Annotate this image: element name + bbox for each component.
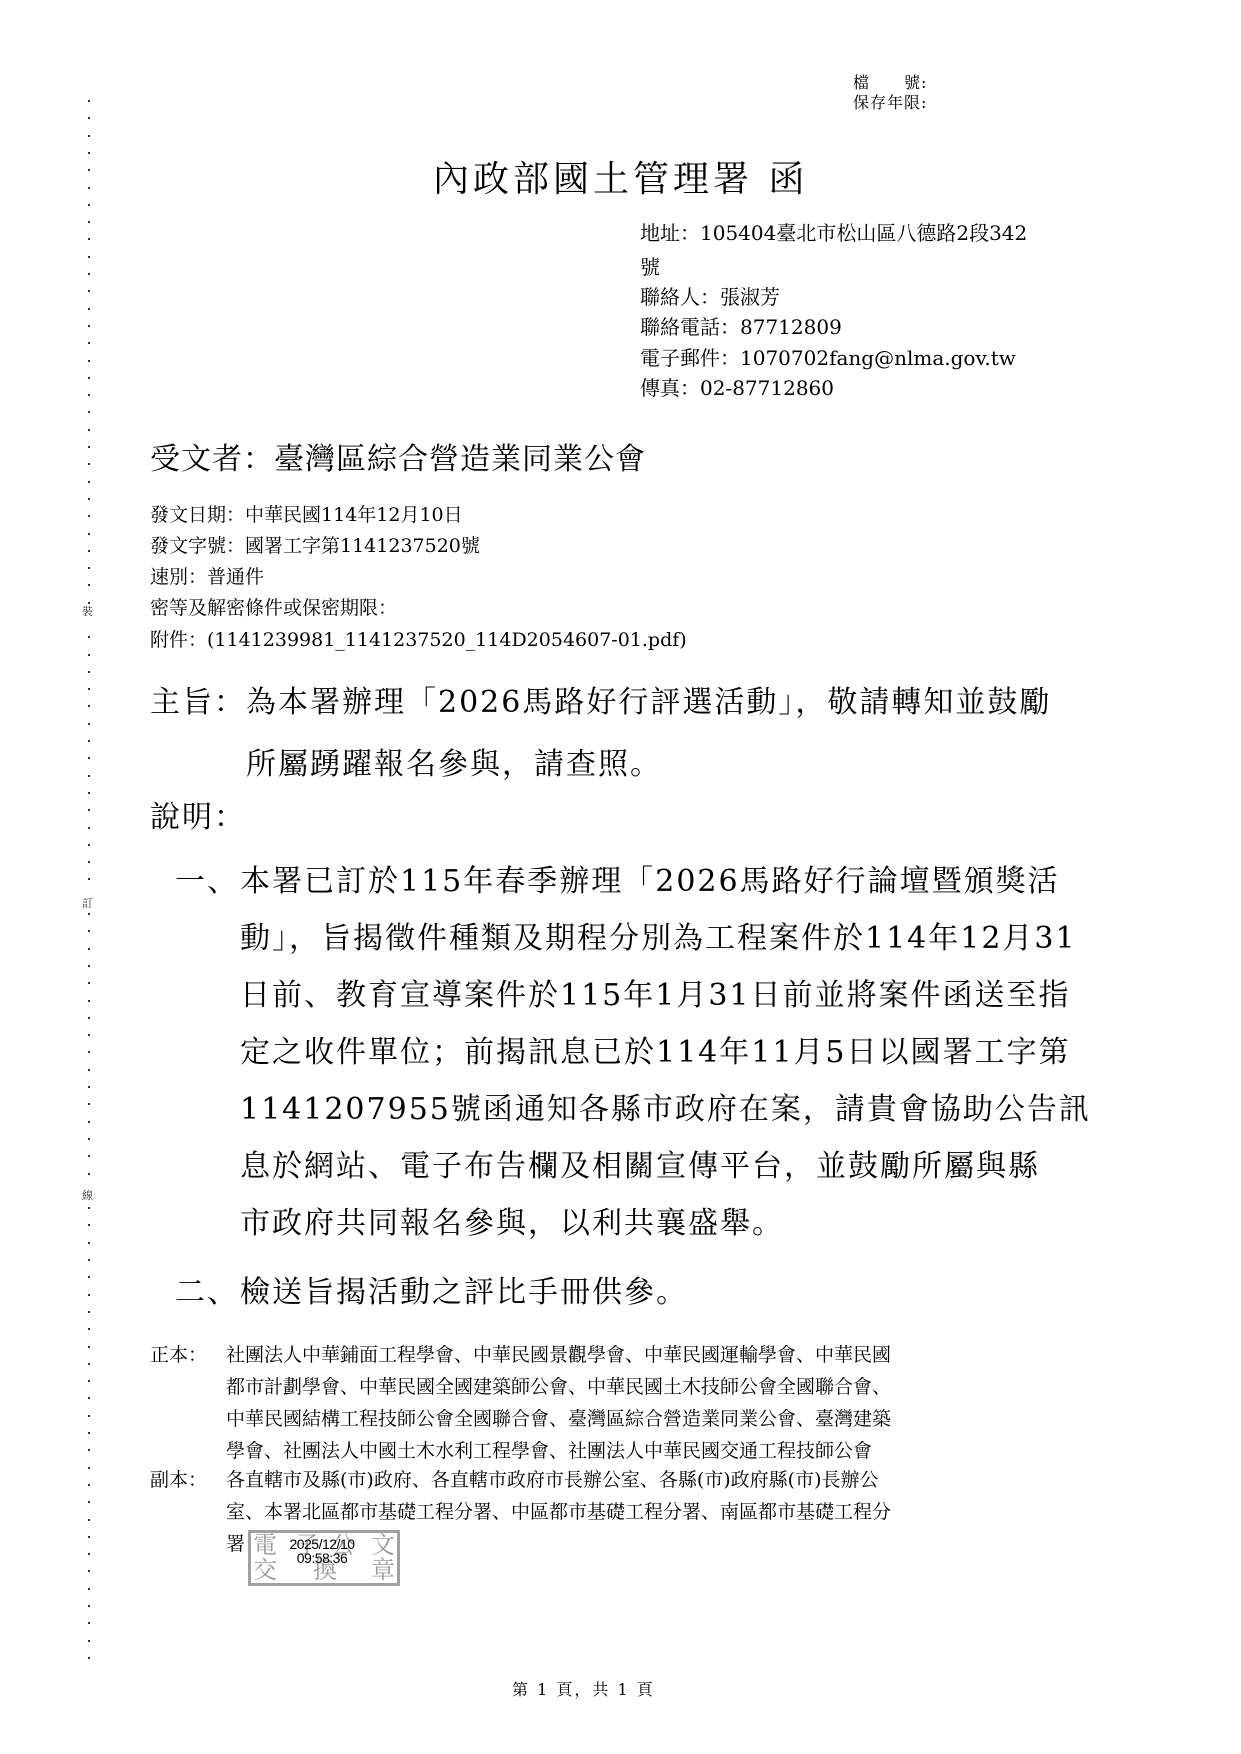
binding-dot: [88, 256, 90, 258]
binding-dot: [88, 238, 90, 240]
copy-recipients-line: 署: [226, 1532, 245, 1556]
binding-dot: [88, 1501, 90, 1503]
binding-dot: [88, 550, 90, 552]
binding-dot: [88, 1328, 90, 1330]
classification: 密等及解密條件或保密期限：: [150, 596, 397, 620]
binding-dot: [88, 100, 90, 102]
issue-date: 發文日期：中華民國114年12月10日: [150, 503, 463, 527]
binding-dot: [88, 221, 90, 223]
binding-dot: [88, 1207, 90, 1209]
stamp-char: 文: [371, 1533, 395, 1557]
urgency: 速別：普通件: [150, 565, 264, 589]
stamp-char: 章: [371, 1558, 395, 1582]
binding-dot: [88, 1570, 90, 1572]
binding-dot: [88, 1605, 90, 1607]
binding-dot: [88, 1432, 90, 1434]
binding-dot: [88, 1242, 90, 1244]
stamp-time: 09:58:36: [277, 1551, 367, 1565]
binding-dot: [88, 930, 90, 932]
binding-dot: [88, 1017, 90, 1019]
binding-dot: [88, 481, 90, 483]
binding-dot: [88, 308, 90, 310]
original-recipients-line: 中華民國結構工程技師公會全國聯合會、臺灣區綜合營造業同業公會、臺灣建築: [226, 1407, 891, 1431]
binding-dot: [88, 965, 90, 967]
binding-dot: [88, 723, 90, 725]
subject-line-1: 為本署辦理「2026馬路好行評選活動」，敬請轉知並鼓勵: [246, 685, 1051, 721]
binding-dot: [88, 1034, 90, 1036]
stamp-char: 電: [253, 1533, 277, 1557]
binding-dot: [88, 567, 90, 569]
binding-dot: [88, 290, 90, 292]
binding-mark-ding: 訂: [82, 898, 93, 910]
binding-dot: [88, 429, 90, 431]
binding-dot: [88, 1363, 90, 1365]
binding-dot: [88, 602, 90, 604]
item-2-line: 檢送旨揭活動之評比手冊供參。: [240, 1275, 688, 1311]
binding-dot: [88, 1519, 90, 1521]
copy-recipients-line: 室、本署北區都市基礎工程分署、中區都市基礎工程分署、南區都市基礎工程分: [226, 1500, 891, 1524]
binding-dot: [88, 117, 90, 119]
binding-dot: [88, 1484, 90, 1486]
binding-dot: [88, 1415, 90, 1417]
contact-fax: 傳真：02-87712860: [640, 376, 834, 400]
binding-dot: [88, 360, 90, 362]
binding-dot: [88, 705, 90, 707]
binding-dot: [88, 1121, 90, 1123]
binding-mark-xian: 線: [82, 1190, 93, 1202]
item-1-line: 本署已訂於115年春季辦理「2026馬路好行論壇暨頒獎活: [240, 864, 1060, 900]
binding-dot: [88, 792, 90, 794]
explanation-label: 說明：: [150, 800, 246, 836]
item-1-marker: 一、: [175, 864, 239, 900]
document-title: 內政部國土管理署 函: [433, 160, 808, 200]
binding-dot: [88, 861, 90, 863]
stamp-char: 交: [253, 1558, 277, 1582]
original-recipients-line: 都市計劃學會、中華民國全國建築師公會、中華民國土木技師公會全國聯合會、: [226, 1375, 891, 1399]
item-1-line: 息於網站、電子布告欄及相關宣傳平台，並鼓勵所屬與縣: [240, 1149, 1040, 1185]
binding-dot: [88, 515, 90, 517]
attachment-link[interactable]: 附件：(1141239981_1141237520_114D2054607-01…: [150, 628, 687, 652]
binding-dot: [88, 948, 90, 950]
binding-dot: [88, 1103, 90, 1105]
binding-dot: [88, 1069, 90, 1071]
binding-dot: [88, 446, 90, 448]
binding-dot: [88, 688, 90, 690]
contact-phone: 聯絡電話：87712809: [640, 315, 842, 339]
copy-recipients-line: 各直轄市及縣(市)政府、各直轄市政府市長辦公室、各縣(市)政府縣(市)長辦公: [226, 1468, 878, 1492]
stamp-datetime: 2025/12/10 09:58:36: [277, 1537, 367, 1565]
item-1-line: 市政府共同報名參與，以利共襄盛舉。: [240, 1206, 784, 1242]
binding-dot: [88, 152, 90, 154]
binding-mark-zhuang: 裝: [82, 606, 93, 618]
subject-label: 主旨：: [150, 685, 246, 721]
binding-dot: [88, 913, 90, 915]
electronic-exchange-stamp: 電 子 公 文 交 換 章 2025/12/10 09:58:36: [248, 1530, 400, 1586]
binding-dot: [88, 498, 90, 500]
address-line-1: 地址：105404臺北市松山區八德路2段342: [640, 221, 1027, 245]
binding-dot: [88, 1346, 90, 1348]
stamp-date: 2025/12/10: [277, 1537, 367, 1551]
binding-dot: [88, 775, 90, 777]
binding-dot: [88, 1657, 90, 1659]
binding-dot: [88, 533, 90, 535]
copy-recipients-label: 副本：: [150, 1468, 207, 1492]
binding-dot: [88, 1311, 90, 1313]
binding-dot: [88, 135, 90, 137]
binding-dot: [88, 878, 90, 880]
original-recipients-line: 學會、社團法人中國土木水利工程學會、社團法人中華民國交通工程技師公會: [226, 1439, 872, 1463]
binding-dot: [88, 671, 90, 673]
binding-dot: [88, 411, 90, 413]
binding-dot: [88, 1380, 90, 1382]
page-number: 第 1 頁，共 1 頁: [512, 1680, 655, 1700]
binding-dot: [88, 1397, 90, 1399]
binding-dot: [88, 1553, 90, 1555]
binding-dot: [88, 1259, 90, 1261]
binding-dot: [88, 1588, 90, 1590]
original-recipients-label: 正本：: [150, 1343, 207, 1367]
subject-line-2: 所屬踴躍報名參與，請查照。: [246, 747, 662, 783]
address-line-2: 號: [640, 255, 660, 279]
binding-dot: [88, 1276, 90, 1278]
original-recipients-line: 社團法人中華鋪面工程學會、中華民國景觀學會、中華民國運輸學會、中華民國: [226, 1343, 891, 1367]
binding-dot: [88, 1224, 90, 1226]
binding-dot: [88, 982, 90, 984]
binding-dot: [88, 584, 90, 586]
file-number-label: 檔 號:: [853, 73, 927, 93]
binding-dot: [88, 1138, 90, 1140]
binding-dot: [88, 1467, 90, 1469]
retention-period-label: 保存年限:: [853, 93, 927, 113]
binding-dot: [88, 1086, 90, 1088]
binding-dot: [88, 394, 90, 396]
binding-dot: [88, 273, 90, 275]
binding-dot: [88, 809, 90, 811]
binding-dot: [88, 187, 90, 189]
binding-dot: [88, 169, 90, 171]
contact-person: 聯絡人：張淑芳: [640, 285, 780, 309]
binding-dot: [88, 342, 90, 344]
binding-dot: [88, 844, 90, 846]
binding-dot: [88, 325, 90, 327]
binding-dot: [88, 757, 90, 759]
binding-dot: [88, 654, 90, 656]
binding-dot: [88, 1622, 90, 1624]
item-1-line: 定之收件單位；前揭訊息已於114年11月5日以國署工字第: [240, 1035, 1071, 1071]
binding-dot: [88, 1449, 90, 1451]
binding-dot: [88, 636, 90, 638]
binding-dot: [88, 377, 90, 379]
binding-dot: [88, 463, 90, 465]
binding-dot: [88, 1051, 90, 1053]
item-2-marker: 二、: [175, 1275, 239, 1311]
binding-dot: [88, 1173, 90, 1175]
binding-dot: [88, 1294, 90, 1296]
recipient: 受文者：臺灣區綜合營造業同業公會: [150, 443, 646, 477]
item-1-line: 1141207955號函通知各縣市政府在案，請貴會協助公告訊: [240, 1092, 1091, 1128]
binding-dot: [88, 1640, 90, 1642]
binding-dot: [88, 1536, 90, 1538]
binding-dot: [88, 1155, 90, 1157]
binding-dot: [88, 1000, 90, 1002]
item-1-line: 動」，旨揭徵件種類及期程分別為工程案件於114年12月31: [240, 921, 1077, 957]
binding-dot: [88, 204, 90, 206]
contact-email: 電子郵件：1070702fang@nlma.gov.tw: [640, 346, 1016, 370]
document-number: 發文字號：國署工字第1141237520號: [150, 534, 480, 558]
item-1-line: 日前、教育宣導案件於115年1月31日前並將案件函送至指: [240, 978, 1071, 1014]
binding-dot: [88, 827, 90, 829]
binding-dot: [88, 740, 90, 742]
